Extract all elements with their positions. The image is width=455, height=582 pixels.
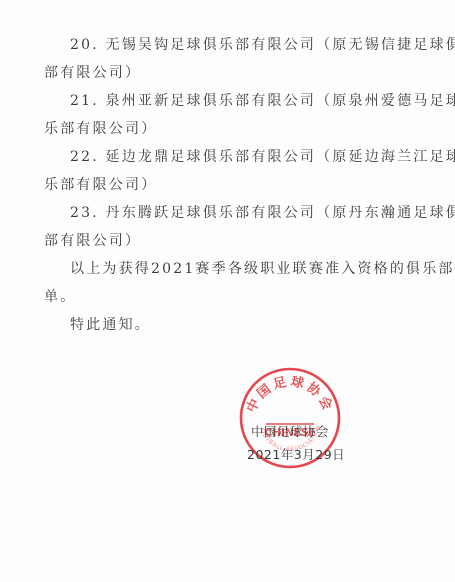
item-20-line-2: 部有限公司）	[44, 64, 394, 82]
item-20-line-1: 20. 无锡吴钩足球俱乐部有限公司（原无锡信捷足球俱乐	[70, 36, 420, 54]
item-22-line-1: 22. 延边龙鼎足球俱乐部有限公司（原延边海兰江足球俱	[70, 148, 420, 166]
item-21-line-2: 乐部有限公司）	[44, 120, 394, 138]
signature-organization: 中国足球协会	[251, 424, 329, 440]
svg-text:中国足球协会: 中国足球协会	[243, 373, 336, 415]
item-23-line-1: 23. 丹东腾跃足球俱乐部有限公司（原丹东瀚通足球俱乐	[70, 204, 420, 222]
closing-text: 特此通知。	[70, 316, 420, 334]
signature-date: 2021年3月29日	[247, 447, 345, 463]
summary-line-2: 单。	[44, 288, 394, 306]
document-page: 20. 无锡吴钩足球俱乐部有限公司（原无锡信捷足球俱乐 部有限公司） 21. 泉…	[0, 0, 455, 582]
item-21-line-1: 21. 泉州亚新足球俱乐部有限公司（原泉州爱德马足球俱	[70, 92, 420, 110]
summary-line-1: 以上为获得2021赛季各级职业联赛准入资格的俱乐部名	[70, 260, 420, 278]
item-23-line-2: 部有限公司）	[44, 232, 394, 250]
item-22-line-2: 乐部有限公司）	[44, 176, 394, 194]
